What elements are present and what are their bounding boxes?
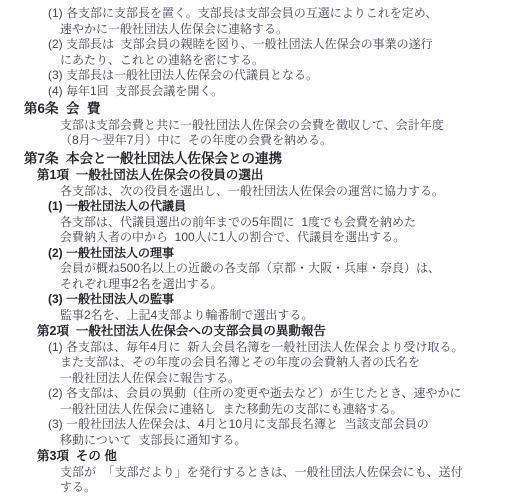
list-item-line: (3) 支部長は一般社団法人佐保会の代議員となる。 bbox=[0, 68, 512, 84]
subitem-heading: (1) 一般社団法人の代議員 bbox=[0, 199, 512, 215]
list-item-line: (2) 各支部は、会員の異動（住所の変更や逝去など）が生じたとき、速やかに bbox=[0, 386, 512, 402]
body-line: （8月～翌年7月）中に その年度の会費を納める。 bbox=[0, 133, 512, 149]
document-page: (1) 各支部に支部長を置く。支部長は支部会員の互選によりこれを定め、 速やかに… bbox=[0, 0, 512, 496]
list-item-line: (3) 一般社団法人佐保会は、4月と10月に支部長名簿と 当該支部会員の bbox=[0, 417, 512, 433]
continuation-line: 移動について 支部長に通知する。 bbox=[0, 433, 512, 449]
list-item-line: (1) 各支部は、毎年4月に 新入会員名簿を一般社団法人佐保会より受け取る。 bbox=[0, 340, 512, 356]
subitem-heading: (2) 一般社団法人の理事 bbox=[0, 246, 512, 262]
continuation-line: 一般社団法人佐保会に連絡し また移動先の支部にも連絡する。 bbox=[0, 402, 512, 418]
continuation-line: にあたり、これとの連絡を密にする。 bbox=[0, 53, 512, 69]
body-line: 支部が 「支部だより」を発行するときは、一般社団法人佐保会にも、送付 bbox=[0, 465, 512, 481]
section-heading-clause2: 第2項 一般社団法人佐保会への支部会員の異動報告 bbox=[0, 323, 512, 340]
article-heading-article7: 第7条 本会と一般社団法人佐保会との連携 bbox=[0, 149, 512, 168]
continuation-line: 一般社団法人佐保会に報告する。 bbox=[0, 371, 512, 387]
body-line: 各支部は、次の役員を選出し、一般社団法人佐保会の運営に協力する。 bbox=[0, 184, 512, 200]
continuation-line: また支部は、その年度の会員名簿とその年度の会費納入者の氏名を bbox=[0, 355, 512, 371]
list-item-line: (1) 各支部に支部長を置く。支部長は支部会員の互選によりこれを定め、 bbox=[0, 6, 512, 22]
list-item-line: (2) 支部長は 支部会員の親睦を図り、一般社団法人佐保会の事業の遂行 bbox=[0, 37, 512, 53]
body-line: 会費納入者の中から 100人に1人の割合で、代議員を選出する。 bbox=[0, 230, 512, 246]
continuation-line: 速やかに一般社団法人佐保会に連絡する。 bbox=[0, 22, 512, 38]
body-line: それぞれ理事2名を選出する。 bbox=[0, 277, 512, 293]
section-heading-clause1: 第1項 一般社団法人佐保会の役員の選出 bbox=[0, 167, 512, 184]
list-item-line: (4) 毎年1回 支部長会議を開く。 bbox=[0, 84, 512, 100]
subitem-heading: (3) 一般社団法人の監事 bbox=[0, 292, 512, 308]
body-line: 会員が概ね500名以上の近畿の各支部（京都・大阪・兵庫・奈良）は、 bbox=[0, 261, 512, 277]
body-line: 各支部は、代議員選出の前年までの5年間に 1度でも会費を納めた bbox=[0, 215, 512, 231]
section-heading-clause3: 第3項 その 他 bbox=[0, 448, 512, 465]
body-line: する。 bbox=[0, 480, 512, 496]
body-line: 支部は支部会費と共に一般社団法人佐保会の会費を徴収して、会計年度 bbox=[0, 118, 512, 134]
body-line: 監事2名を、上記4支部より輪番制で選出する。 bbox=[0, 308, 512, 324]
article-heading-article6: 第6条 会 費 bbox=[0, 99, 512, 118]
